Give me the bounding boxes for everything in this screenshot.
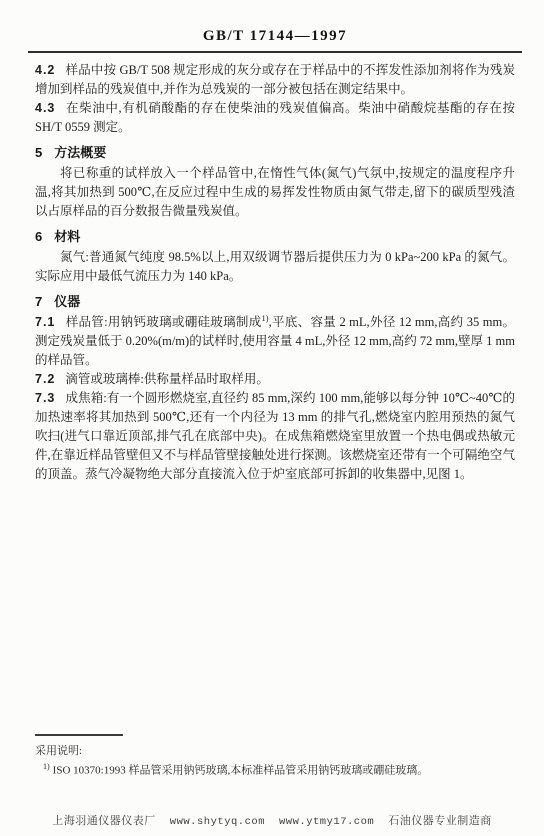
- clause-text: 样品管:用钠钙玻璃或硼硅玻璃制成: [65, 315, 261, 329]
- clause-number: 4.3: [35, 101, 55, 115]
- vendor-name: 上海羽通仪器仪表厂: [52, 815, 156, 827]
- document-content: GB/T 17144—1997 4.2样品中按 GB/T 508 规定形成的灰分…: [35, 28, 515, 484]
- vendor-url-1: www.shytyq.com: [170, 816, 265, 828]
- section-number: 6: [35, 229, 42, 244]
- section-number: 7: [35, 294, 42, 309]
- section-title: 材料: [54, 229, 80, 244]
- section-number: 5: [35, 145, 42, 160]
- footnote-text: ISO 10370:1993 样品管采用钠钙玻璃,本标准样品管采用钠钙玻璃或硼硅…: [53, 765, 429, 777]
- clause-text: 滴管或玻璃棒:供称量样品时取样用。: [65, 372, 268, 386]
- vendor-tagline: 石油仪器专业制造商: [388, 815, 492, 827]
- clause-7-2: 7.2滴管或玻璃棒:供称量样品时取样用。: [35, 370, 515, 389]
- vendor-url-2: www.ytmy17.com: [279, 816, 374, 828]
- adoption-note-text: 1)ISO 10370:1993 样品管采用钠钙玻璃,本标准样品管采用钠钙玻璃或…: [35, 759, 515, 779]
- clause-4-3: 4.3在柴油中,有机硝酸酯的存在使柴油的残炭值偏高。柴油中硝酸烷基酯的存在按 S…: [35, 99, 515, 137]
- clause-7-1: 7.1样品管:用钠钙玻璃或硼硅玻璃制成1),平底、容量 2 mL,外径 12 m…: [35, 313, 515, 370]
- section-7-heading: 7仪器: [35, 292, 515, 311]
- header-rule: [28, 51, 522, 53]
- vendor-footer: 上海羽通仪器仪表厂www.shytyq.comwww.ytmy17.com石油仪…: [0, 812, 544, 828]
- section-5-paragraph: 将已称重的试样放入一个样品管中,在惰性气体(氮气)气氛中,按规定的温度程序升温,…: [35, 164, 515, 221]
- clause-number: 7.2: [35, 372, 55, 386]
- clause-number: 4.2: [35, 63, 55, 77]
- section-6-heading: 6材料: [35, 227, 515, 246]
- footnote-marker: 1): [43, 762, 50, 771]
- clause-text: 样品中按 GB/T 508 规定形成的灰分或存在于样品中的不挥发性添加剂将作为残…: [35, 63, 515, 96]
- adoption-note-label: 采用说明:: [35, 743, 515, 759]
- section-title: 仪器: [54, 294, 80, 309]
- standard-number-header: GB/T 17144—1997: [35, 28, 515, 45]
- section-title: 方法概要: [54, 145, 106, 160]
- standard-document-page: GB/T 17144—1997 4.2样品中按 GB/T 508 规定形成的灰分…: [0, 0, 544, 836]
- clause-7-3: 7.3成焦箱:有一个圆形燃烧室,直径约 85 mm,深约 100 mm,能够以每…: [35, 389, 515, 484]
- section-5-heading: 5方法概要: [35, 143, 515, 162]
- section-6-paragraph: 氮气:普通氮气纯度 98.5%以上,用双级调节器后提供压力为 0 kPa~200…: [35, 248, 515, 286]
- clause-text: 在柴油中,有机硝酸酯的存在使柴油的残炭值偏高。柴油中硝酸烷基酯的存在按 SH/T…: [35, 101, 515, 134]
- footnote-reference: 1): [262, 313, 269, 323]
- clause-number: 7.1: [35, 315, 55, 329]
- clause-number: 7.3: [35, 391, 55, 405]
- footnote-rule: [35, 734, 123, 736]
- clause-4-2: 4.2样品中按 GB/T 508 规定形成的灰分或存在于样品中的不挥发性添加剂将…: [35, 61, 515, 99]
- adoption-note-block: 采用说明: 1)ISO 10370:1993 样品管采用钠钙玻璃,本标准样品管采…: [35, 734, 515, 779]
- clause-text: 成焦箱:有一个圆形燃烧室,直径约 85 mm,深约 100 mm,能够以每分钟 …: [35, 391, 515, 481]
